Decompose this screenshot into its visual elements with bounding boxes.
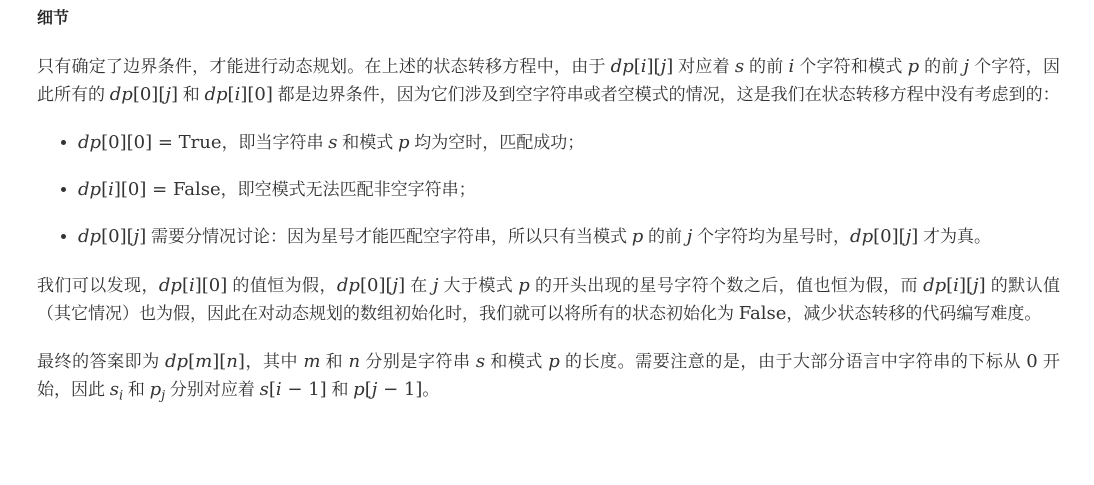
math-expression: dp[m][n] <box>165 351 245 372</box>
paragraph-final-answer: 最终的答案即为 dp[m][n]，其中 m 和 n 分别是字符串 s 和模式 p… <box>37 348 1060 404</box>
math-expression: dp[i][j] <box>611 56 674 77</box>
list-item-dp0j: dp[0][j] 需要分情况讨论：因为星号才能匹配空字符串，所以只有当模式 p … <box>78 223 1060 251</box>
math-expression: j <box>687 226 693 247</box>
article-content: 细节 只有确定了边界条件，才能进行动态规划。在上述的状态转移方程中，由于 dp[… <box>0 0 1094 404</box>
math-expression: p <box>548 351 560 372</box>
math-expression: False <box>739 303 787 324</box>
math-expression: dp[0][0] = True <box>78 132 222 153</box>
math-expression: s <box>328 132 337 153</box>
math-expression: s <box>476 351 485 372</box>
math-expression: n <box>348 351 360 372</box>
math-expression: p <box>518 275 530 296</box>
list-item-dpi0: dp[i][0] = False，即空模式无法匹配非空字符串； <box>78 176 1060 204</box>
math-expression: j <box>964 56 970 77</box>
paragraph-intro: 只有确定了边界条件，才能进行动态规划。在上述的状态转移方程中，由于 dp[i][… <box>37 53 1060 109</box>
math-expression: p[j − 1] <box>353 379 422 400</box>
math-expression: dp[0][j] <box>337 275 405 296</box>
math-expression: 0 <box>1026 351 1037 372</box>
math-expression: si <box>110 379 123 400</box>
math-expression: s[i − 1] <box>260 379 327 400</box>
math-expression: i <box>788 56 794 77</box>
math-expression: dp[i][j] <box>923 275 986 296</box>
boundary-conditions-list: dp[0][0] = True，即当字符串 s 和模式 p 均为空时，匹配成功；… <box>37 129 1060 251</box>
section-heading: 细节 <box>37 9 1060 29</box>
math-expression: dp[i][0] <box>159 275 227 296</box>
math-expression: dp[i][0] <box>204 84 272 105</box>
math-expression: s <box>735 56 744 77</box>
math-expression: j <box>433 275 439 296</box>
math-expression: dp[0][j] <box>78 226 146 247</box>
math-expression: dp[0][j] <box>850 226 918 247</box>
paragraph-observation: 我们可以发现，dp[i][0] 的值恒为假，dp[0][j] 在 j 大于模式 … <box>37 272 1060 328</box>
math-expression: p <box>908 56 920 77</box>
math-expression: p <box>398 132 410 153</box>
math-expression: m <box>303 351 320 372</box>
math-expression: dp[0][j] <box>110 84 178 105</box>
list-item-dp00: dp[0][0] = True，即当字符串 s 和模式 p 均为空时，匹配成功； <box>78 129 1060 157</box>
math-expression: dp[i][0] = False <box>78 179 221 200</box>
math-expression: pj <box>150 379 166 400</box>
math-expression: p <box>632 226 644 247</box>
